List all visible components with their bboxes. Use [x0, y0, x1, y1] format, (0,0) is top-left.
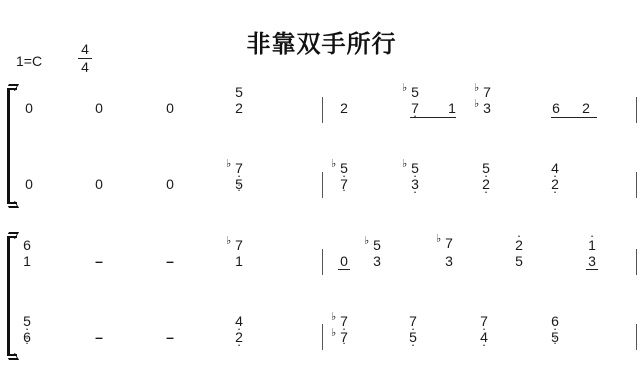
sustain-dash: – — [160, 254, 180, 270]
chord: ♭5 3 — [367, 238, 387, 270]
chord: ♭7 5 — [229, 161, 249, 193]
key-signature: 1=C — [16, 53, 42, 69]
barline — [636, 97, 637, 123]
barline — [322, 324, 323, 350]
sustain-dash: – — [89, 254, 109, 270]
barline — [636, 249, 637, 275]
note: 0 — [19, 177, 39, 193]
chord: 4 2 — [229, 314, 249, 346]
note: 2 — [334, 101, 354, 117]
note: 0 — [89, 177, 109, 193]
chord: 61 — [17, 238, 37, 270]
note: 0 — [160, 177, 180, 193]
note: 0 — [334, 254, 354, 270]
barline — [322, 97, 323, 123]
chord: ♭7 3 — [439, 236, 459, 268]
underline — [551, 117, 597, 118]
chord: 2 5 — [509, 238, 529, 270]
chord: ♭5 7 — [405, 85, 425, 117]
underline — [338, 269, 350, 270]
time-signature: 4 4 — [78, 42, 92, 75]
chord: 5 6 — [17, 314, 37, 346]
barline — [322, 249, 323, 275]
chord: 52 — [229, 85, 249, 117]
system-2-bracket — [7, 236, 17, 356]
note: 2 — [576, 101, 596, 117]
note: 1 — [442, 101, 462, 117]
chord: 7 4 — [474, 314, 494, 346]
system-1-bracket — [7, 88, 17, 204]
chord: ♭7 ♭7 — [334, 314, 354, 346]
note: 0 — [160, 101, 180, 117]
note: 0 — [89, 101, 109, 117]
chord: 4 2 — [545, 161, 565, 193]
chord: 7 5 — [403, 314, 423, 346]
barline — [636, 172, 637, 198]
chord: ♭5 7 — [334, 161, 354, 193]
chord: 5 2 — [476, 161, 496, 193]
chord: 1 3 — [582, 238, 602, 270]
chord: 6 5 — [545, 314, 565, 346]
note: 0 — [19, 101, 39, 117]
sustain-dash: – — [89, 330, 109, 346]
underline — [410, 117, 456, 118]
sustain-dash: – — [160, 330, 180, 346]
chord: ♭7 1 — [229, 238, 249, 270]
barline — [322, 172, 323, 198]
song-title: 非靠双手所行 — [0, 24, 643, 59]
underline — [586, 269, 598, 270]
barline — [636, 324, 637, 350]
chord: ♭7 ♭3 — [477, 85, 497, 117]
chord: ♭5 3 — [405, 161, 425, 193]
note: 6 — [546, 101, 566, 117]
